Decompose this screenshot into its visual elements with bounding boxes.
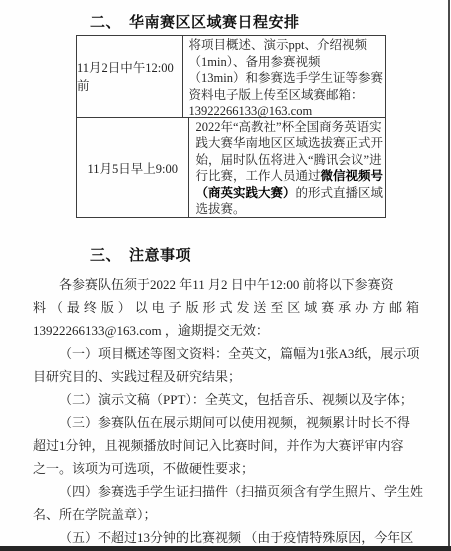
paragraph-line: 13922266133@163.com ，逾期提交无效： [33, 319, 420, 342]
paragraph-line: 名、所在学院盖章）； [33, 503, 420, 526]
document-page: 二、 华南赛区区域赛日程安排 11月2日中午12:00前将项目概述、演示ppt、… [0, 0, 451, 551]
paragraph-line: （四）参赛选手学生证扫描件（扫描页须含有学生照片、学生姓 [33, 480, 420, 503]
section-3-heading: 三、 注意事项 [90, 244, 191, 265]
paragraph-line: 超过1分钟，且视频播放时间记入比赛时间，并作为大赛评审内容 [33, 434, 420, 457]
description-cell: 2022年“高教社”杯全国商务英语实践大赛华南地区区域选拔赛正式开始，届时队伍将… [189, 118, 385, 218]
page-scan-edge-bottom [0, 546, 451, 551]
paragraph-line: （三）参赛队伍在展示期间可以使用视频，视频累计时长不得 [33, 411, 420, 434]
paragraph-line: （一）项目概述等图文资料：全英文，篇幅为1张A3纸，展示项 [33, 342, 420, 365]
page-scan-edge-right [448, 0, 450, 551]
table-row: 11月5日早上9:002022年“高教社”杯全国商务英语实践大赛华南地区区域选拔… [77, 118, 385, 218]
section-2-heading: 二、 华南赛区区域赛日程安排 [90, 11, 300, 32]
paragraph-line: （二）演示文稿（PPT）：全英文，包括音乐、视频以及字体； [33, 388, 420, 411]
notes-paragraphs: 各参赛队伍须于2022 年11 月2 日中午12:00 前将以下参赛资料（最终版… [33, 273, 420, 549]
paragraph-line: 各参赛队伍须于2022 年11 月2 日中午12:00 前将以下参赛资 [33, 273, 420, 296]
description-cell: 将项目概述、演示ppt、介绍视频（1min）、备用参赛视频（13min）和参赛选… [183, 36, 385, 117]
paragraph-line: 料（最终版）以电子版形式发送至区域赛承办方邮箱 [33, 296, 420, 319]
paragraph-line: 目研究目的、实践过程及研究结果； [33, 365, 420, 388]
schedule-table: 11月2日中午12:00前将项目概述、演示ppt、介绍视频（1min）、备用参赛… [76, 35, 386, 218]
table-row: 11月2日中午12:00前将项目概述、演示ppt、介绍视频（1min）、备用参赛… [77, 36, 385, 118]
time-cell: 11月5日早上9:00 [77, 118, 189, 218]
paragraph-line: 之一。该项为可选项，不做硬性要求； [33, 457, 420, 480]
time-cell: 11月2日中午12:00前 [77, 36, 183, 117]
